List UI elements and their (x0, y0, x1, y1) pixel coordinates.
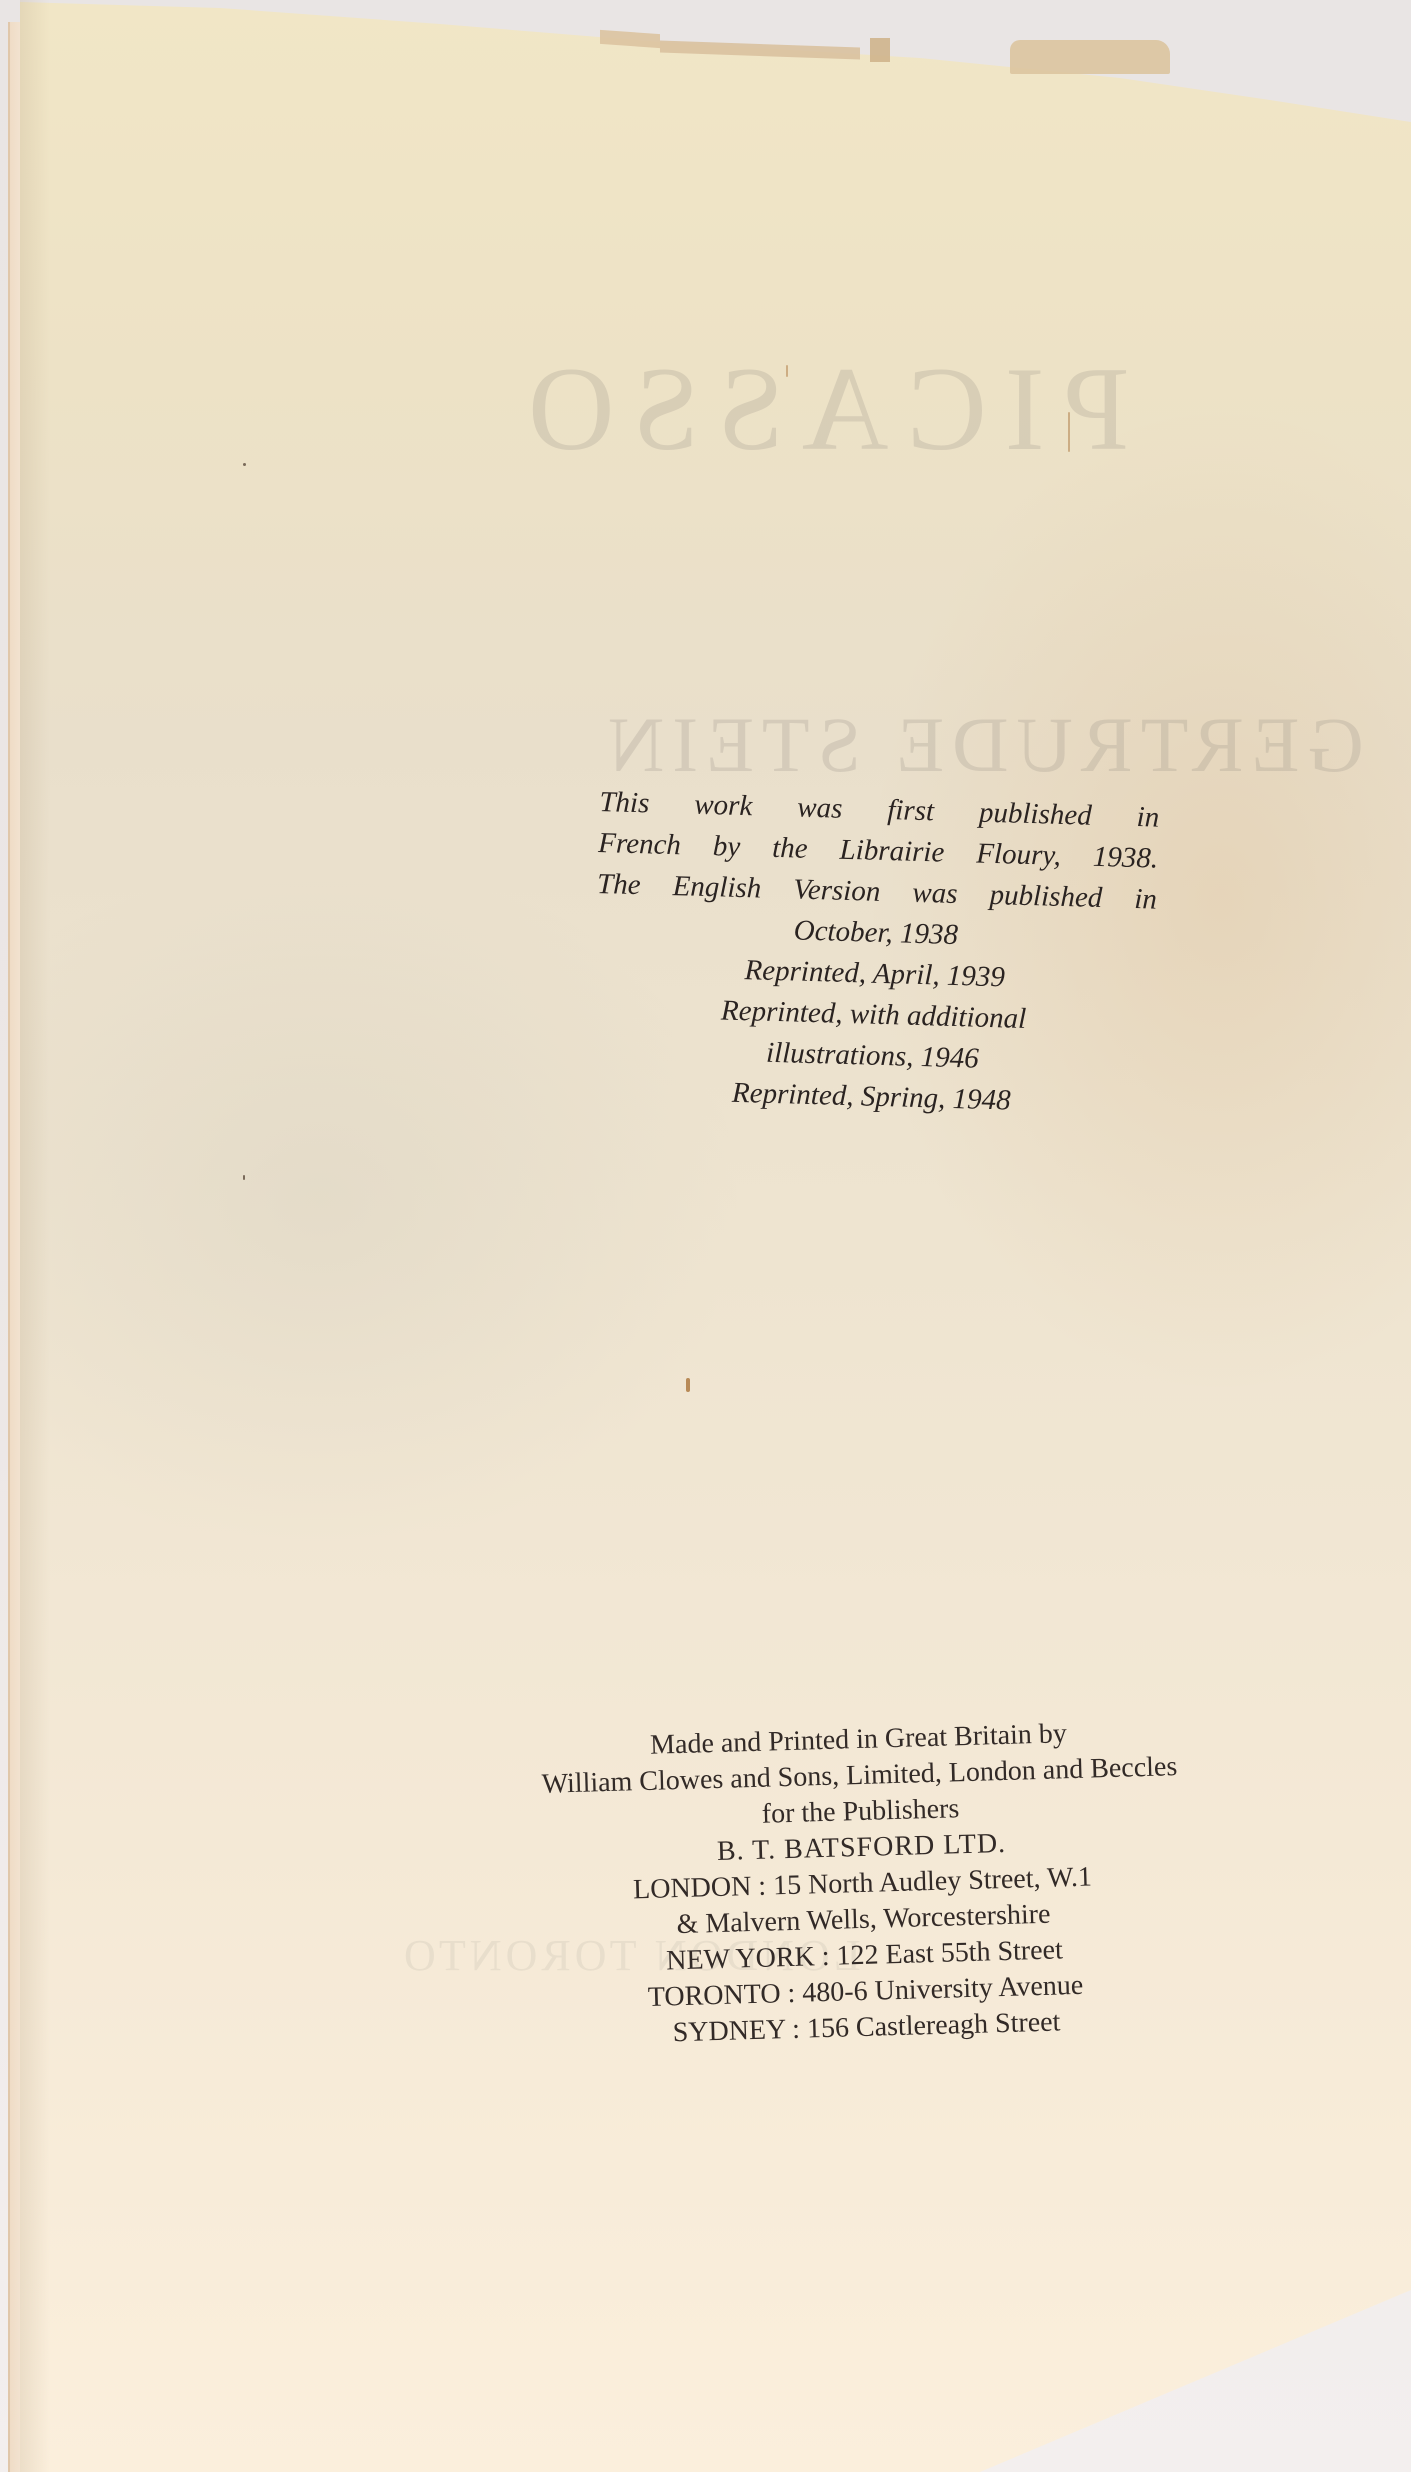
page-gutter-shadow (20, 0, 50, 2472)
show-through-title: PICASSO (510, 340, 1130, 478)
show-through-author: GERTRUDE STEIN (600, 700, 1364, 790)
paper-speck (686, 1378, 690, 1392)
torn-paper-fragment (870, 38, 890, 62)
torn-paper-fragment (1010, 40, 1170, 74)
paper-speck (786, 365, 788, 377)
paper-speck (243, 463, 246, 466)
printing-history: This work was first published in French … (591, 782, 1160, 1126)
paper-speck (1068, 412, 1070, 452)
printer-publisher-imprint: Made and Printed in Great Britain by Wil… (448, 1711, 1277, 2058)
paper-speck (243, 1175, 245, 1180)
